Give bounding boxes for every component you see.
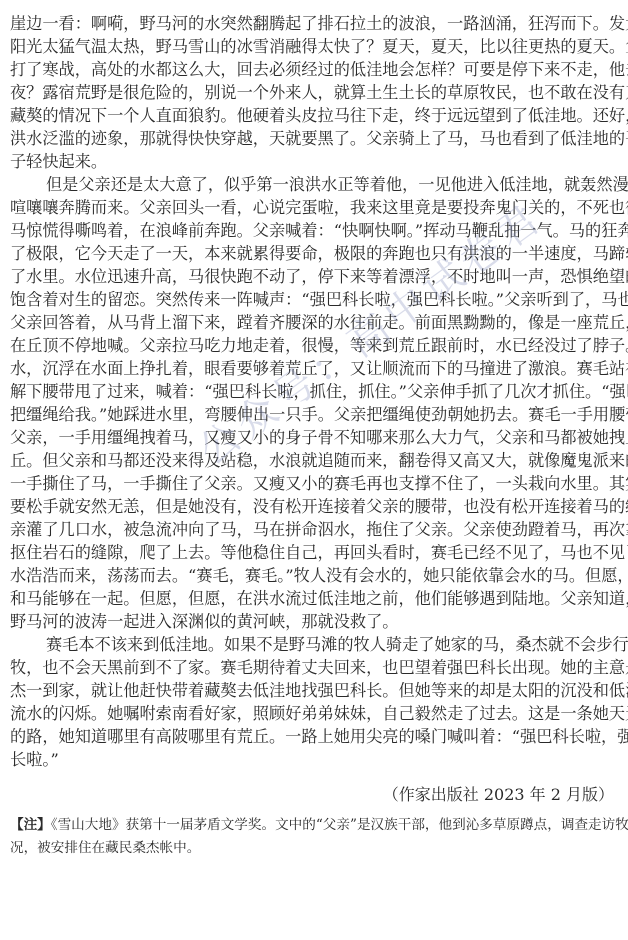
text-line: 野马河的波涛一起进入深渊似的黄河峡，那就没救了。 xyxy=(10,612,618,632)
text-line: 父亲，一手用缰绳拽着马，又瘦又小的身子骨不知哪来那么大力气，父亲和马都被她拽上了… xyxy=(10,428,618,448)
paragraph-first-line: 赛毛本不该来到低洼地。如果不是野马滩的牧人骑走了她家的马，桑杰就不会步行去放 xyxy=(46,635,618,655)
text-line: 夜？露宿荒野是很危险的，别说一个外来人，就算土生土长的草原牧民，也不敢在没有刀枪… xyxy=(10,83,618,103)
text-line: 马惊慌得嘶鸣着，在浪峰前奔跑。父亲喊着：“快啊快啊。”挥动马鞭乱抽一气。马的狂奔… xyxy=(10,221,618,241)
footnote-line: 【注】《雪山大地》获第十一届茅盾文学奖。文中的“父亲”是汉族干部，他到沁多草原蹲… xyxy=(10,815,618,835)
document-page: 崖边一看：啊嗬，野马河的水突然翻腾起了排石拉土的波浪，一路汹涌，狂泻而下。发大水… xyxy=(0,0,628,940)
text-line: 打了寒战，高处的水都这么大，回去必须经过的低洼地会怎样？可要是停下来不走，他去哪… xyxy=(10,60,618,80)
text-line: 子轻快起来。 xyxy=(10,152,618,172)
text-line: 把缰绳给我。”她踩进水里，弯腰伸出一只手。父亲把缰绳使劲朝她扔去。赛毛一手用腰带… xyxy=(10,405,618,425)
text-line: 水，沉浮在水面上挣扎着，眼看要够着荒丘了，又让顺流而下的马撞进了激浪。赛毛站在水… xyxy=(10,359,618,379)
text-line: 崖边一看：啊嗬，野马河的水突然翻腾起了排石拉土的波浪，一路汹涌，狂泻而下。发大水… xyxy=(10,14,618,34)
text-line: 喧嚷嚷奔腾而来。父亲回头一看，心说完蛋啦，我来这里竟是要投奔鬼门关的，不死也得死… xyxy=(10,198,618,218)
text-line: 的路，她知道哪里有高陂哪里有荒丘。一路上她用尖亮的嗓门喊叫着：“强巴科长啦，强巴… xyxy=(10,727,618,747)
text-line: 杰一到家，就让他赶快带着藏獒去低洼地找强巴科长。但她等来的却是太阳的沉没和低洼地… xyxy=(10,681,618,701)
text-line: 水浩浩而来，荡荡而去。“赛毛，赛毛。”牧人没有会水的，她只能依靠会水的马。但愿，… xyxy=(10,566,618,586)
text-line: 解下腰带甩了过来，喊着：“强巴科长啦，抓住，抓住。”父亲伸手抓了几次才抓住。“强… xyxy=(10,382,618,402)
source-citation: （作家出版社 2023 年 2 月版） xyxy=(383,785,614,805)
text-line: 在丘顶不停地喊。父亲拉马吃力地走着，很慢，等来到荒丘跟前时，水已经没过了脖子。他… xyxy=(10,336,618,356)
text-line: 亲灌了几口水，被急流冲向了马，马在拼命泅水，拖住了父亲。父亲使劲蹬着马，再次靠近… xyxy=(10,520,618,540)
text-line: 父亲回答着，从马背上溜下来，蹚着齐腰深的水往前走。前面黑黝黝的，像是一座荒丘，赛… xyxy=(10,313,618,333)
text-line: 一手撕住了马，一手撕住了父亲。又瘦又小的赛毛再也支撑不住了，一头栽向水里。其实她… xyxy=(10,474,618,494)
text-line: 了极限，它今天走了一天，本来就累得要命，极限的奔跑也只有洪浪的一半速度，马蹄转眼… xyxy=(10,244,618,264)
text-line: 饱含着对生的留恋。突然传来一阵喊声：“强巴科长啦，强巴科长啦。”父亲听到了，马也… xyxy=(10,290,618,310)
text-line: 藏獒的情况下一个人直面狼豹。他硬着头皮拉马往下走，终于远远望到了低洼地。还好，没… xyxy=(10,106,618,126)
text-line: 丘。但父亲和马都还没来得及站稳，水浪就追随而来，翻卷得又高又大，就像魔鬼派来的使… xyxy=(10,451,618,471)
text-line: 牧，也不会天黑前到不了家。赛毛期待着丈夫回来，也巴望着强巴科长出现。她的主意是，… xyxy=(10,658,618,678)
text-line: 和马能够在一起。但愿，但愿，在洪水流过低洼地之前，他们能够遇到陆地。父亲知道，一… xyxy=(10,589,618,609)
text-line: 阳光太猛气温太热，野马雪山的冰雪消融得太快了？夏天，夏天，比以往更热的夏天。父亲… xyxy=(10,37,618,57)
text-line: 长啦。” xyxy=(10,750,618,770)
text-line: 要松手就安然无恙，但是她没有，没有松开连接着父亲的腰带，也没有松开连接着马的缰绳… xyxy=(10,497,618,517)
text-line: 抠住岩石的缝隙，爬了上去。等他稳住自己，再回头看时，赛毛已经不见了，马也不见了，… xyxy=(10,543,618,563)
paragraph-first-line: 但是父亲还是太大意了，似乎第一浪洪水正等着他，一见他进入低洼地，就轰然漫过河床喧 xyxy=(46,175,618,195)
text-line: 洪水泛滥的迹象，那就得快快穿越，天就要黑了。父亲骑上了马，马也看到了低洼地的平静… xyxy=(10,129,618,149)
note-tag: 【注】 xyxy=(10,817,51,833)
note-text: 《雪山大地》获第十一届茅盾文学奖。文中的“父亲”是汉族干部，他到沁多草原蹲点，调… xyxy=(51,817,628,833)
text-line: 了水里。水位迅速升高，马很快跑不动了，停下来等着漂浮，不时地叫一声，恐惧绝望的哀… xyxy=(10,267,618,287)
text-line: 流水的闪烁。她嘱咐索南看好家，照顾好弟弟妹妹，自己毅然走了过去。这是一条她天天背… xyxy=(10,704,618,724)
footnote-line: 况，被安排住在藏民桑杰帐中。 xyxy=(10,838,618,858)
